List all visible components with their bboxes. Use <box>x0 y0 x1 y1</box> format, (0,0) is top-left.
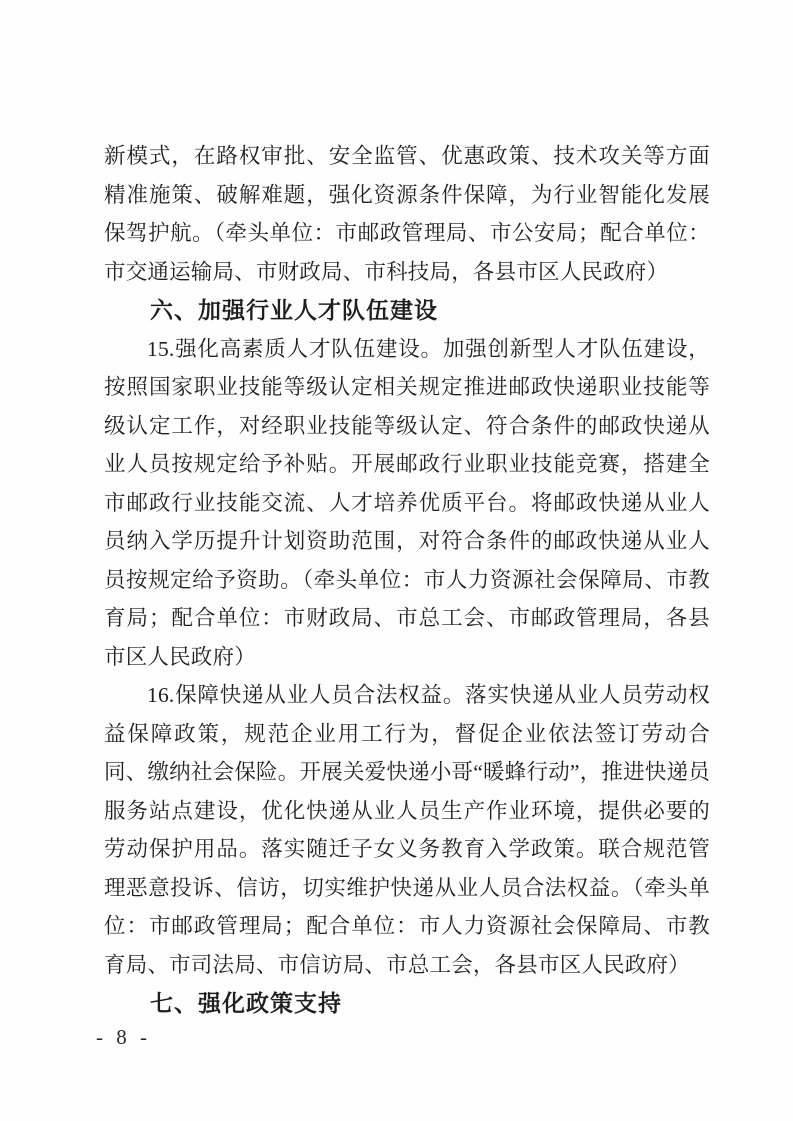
paragraph-item-16: 16.保障快递从业人员合法权益。落实快递从业人员劳动权益保障政策，规范企业用工行… <box>104 676 710 984</box>
section-heading-7: 七、强化政策支持 <box>104 984 710 1023</box>
paragraph-item-15: 15.强化高素质人才队伍建设。加强创新型人才队伍建设，按照国家职业技能等级认定相… <box>104 330 710 677</box>
page-number: - 8 - <box>96 1022 151 1052</box>
document-content: 新模式，在路权审批、安全监管、优惠政策、技术攻关等方面精准施策、破解难题，强化资… <box>104 137 710 1023</box>
section-heading-6: 六、加强行业人才队伍建设 <box>104 291 710 330</box>
document-page: 新模式，在路权审批、安全监管、优惠政策、技术攻关等方面精准施策、破解难题，强化资… <box>0 0 793 1121</box>
paragraph-continuation: 新模式，在路权审批、安全监管、优惠政策、技术攻关等方面精准施策、破解难题，强化资… <box>104 137 710 291</box>
